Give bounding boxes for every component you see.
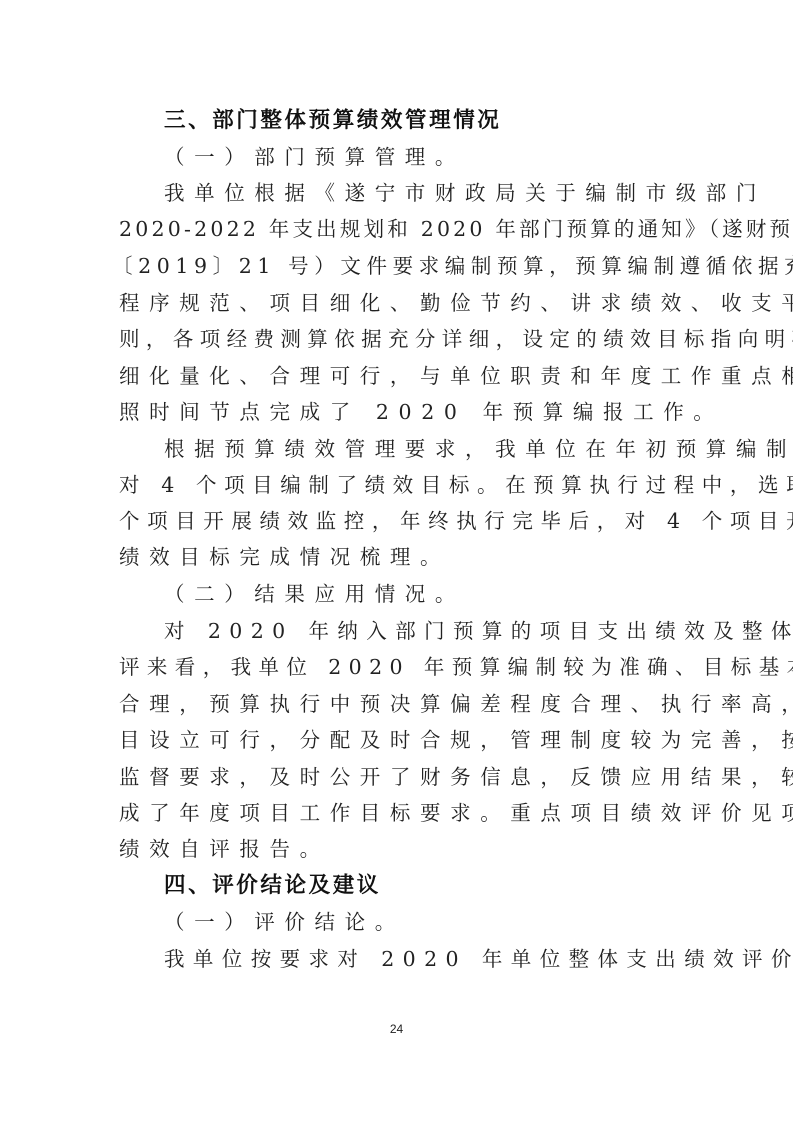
paragraph-line: 目设立可行，分配及时合规，管理制度较为完善，按照事中 — [119, 725, 679, 755]
section-heading-3: 三、部门整体预算绩效管理情况 — [164, 106, 724, 136]
paragraph-line: 程序规范、项目细化、勤俭节约、讲求绩效、收支平衡的原 — [119, 288, 679, 318]
paragraph-line: 个项目开展绩效监控，年终执行完毕后，对 4 个项目开展了 — [119, 506, 679, 536]
paragraph-line: 对 2020 年纳入部门预算的项目支出绩效及整体绩效自 — [164, 616, 724, 646]
paragraph-line: 监督要求，及时公开了财务信息，反馈应用结果，较好的完 — [119, 762, 679, 792]
paragraph-line: 评来看，我单位 2020 年预算编制较为准确、目标基本准确 — [119, 652, 679, 682]
paragraph-line: 〔2019〕21 号）文件要求编制预算，预算编制遵循依据充分、 — [112, 251, 672, 281]
paragraph-line: 绩效自评报告。 — [119, 834, 679, 864]
paragraph-line: 细化量化、合理可行，与单位职责和年度工作重点相符，按 — [119, 361, 679, 391]
subheading-evaluation-conclusion: （一）评价结论。 — [164, 907, 724, 937]
paragraph-line: 照时间节点完成了 2020 年预算编报工作。 — [119, 397, 679, 427]
paragraph-line: 根据预算绩效管理要求，我单位在年初预算编制阶段， — [164, 434, 724, 464]
paragraph-line: 则，各项经费测算依据充分详细，设定的绩效目标指向明确、 — [119, 324, 679, 354]
section-heading-4: 四、评价结论及建议 — [164, 871, 724, 901]
paragraph-line: 成了年度项目工作目标要求。重点项目绩效评价见项目支出 — [119, 798, 679, 828]
paragraph-line: 2020-2022 年支出规划和 2020 年部门预算的通知》（遂财预 — [119, 214, 679, 244]
page-number: 24 — [0, 1022, 793, 1036]
subheading-dept-budget-mgmt: （一）部门预算管理。 — [164, 142, 724, 172]
paragraph-line: 我单位根据《遂宁市财政局关于编制市级部门 — [164, 178, 724, 208]
subheading-result-application: （二）结果应用情况。 — [164, 579, 724, 609]
paragraph-line: 合理，预算执行中预决算偏差程度合理、执行率高，专用项 — [119, 689, 679, 719]
paragraph-line: 我单位按要求对 2020 年单位整体支出绩效评价情况开 — [164, 944, 724, 974]
document-page: 三、部门整体预算绩效管理情况 （一）部门预算管理。 我单位根据《遂宁市财政局关于… — [0, 0, 793, 1122]
paragraph-line: 绩效目标完成情况梳理。 — [119, 542, 679, 572]
paragraph-line: 对 4 个项目编制了绩效目标。在预算执行过程中，选取了 4 — [119, 470, 679, 500]
